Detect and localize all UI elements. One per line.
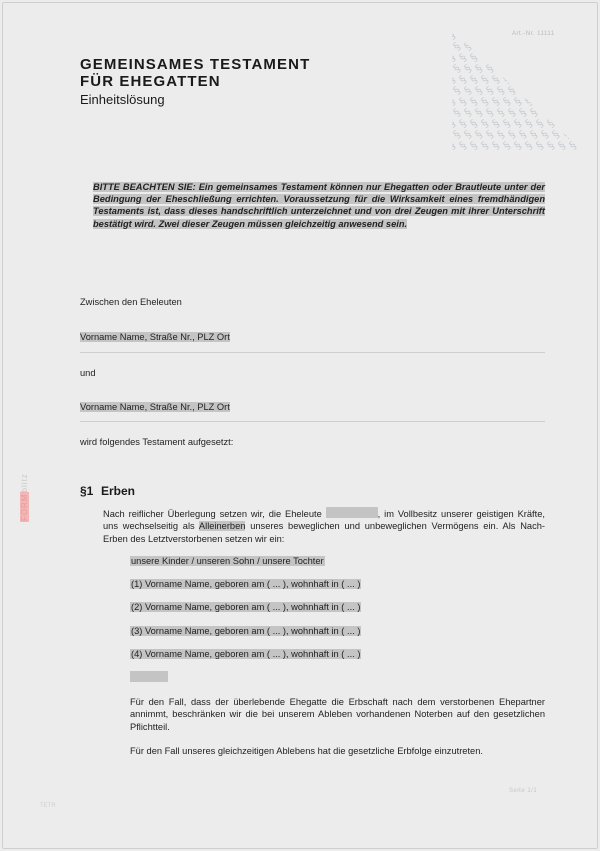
svg-text:§: § [495, 40, 508, 53]
svg-text:§: § [473, 62, 486, 75]
svg-text:§: § [512, 139, 525, 150]
svg-text:§: § [452, 84, 463, 97]
svg-text:§: § [484, 106, 497, 119]
svg-text:§: § [572, 40, 582, 53]
svg-text:§: § [561, 84, 574, 97]
section-paragraph: Nach reiflicher Überlegung setzen wir, d… [103, 507, 545, 545]
svg-text:§: § [495, 106, 508, 119]
svg-text:§: § [567, 73, 580, 86]
svg-text:§: § [479, 51, 492, 64]
section-title: Erben [101, 484, 135, 498]
heir-2-field[interactable]: (2) Vorname Name, geboren am ( ... ), wo… [130, 602, 361, 612]
heir-4-field[interactable]: (4) Vorname Name, geboren am ( ... ), wo… [130, 649, 361, 659]
svg-text:§: § [484, 128, 497, 141]
svg-text:§: § [534, 73, 547, 86]
svg-text:§: § [512, 73, 525, 86]
clause-1: Für den Fall, dass der überlebende Ehega… [130, 696, 545, 733]
svg-text:§: § [506, 62, 519, 75]
svg-text:§: § [539, 62, 552, 75]
svg-text:§: § [550, 84, 563, 97]
svg-text:§: § [523, 30, 536, 42]
svg-text:§: § [556, 73, 569, 86]
svg-text:§: § [490, 95, 503, 108]
footer-left: TETR [40, 803, 56, 809]
svg-text:§: § [462, 106, 475, 119]
svg-text:§: § [567, 117, 580, 130]
heir-1-field[interactable]: (1) Vorname Name, geboren am ( ... ), wo… [130, 579, 361, 589]
svg-text:§: § [452, 106, 463, 119]
svg-text:§: § [490, 73, 503, 86]
svg-text:§: § [457, 139, 470, 150]
svg-text:§: § [468, 139, 481, 150]
svg-text:§: § [479, 73, 492, 86]
page-number: Seite 1/1 [509, 788, 537, 794]
svg-text:§: § [490, 139, 503, 150]
svg-text:§: § [567, 95, 580, 108]
svg-text:§: § [495, 62, 508, 75]
section-heading: §1Erben [80, 484, 135, 498]
spouse-1-field[interactable]: Vorname Name, Straße Nr., PLZ Ort [80, 332, 230, 342]
svg-text:§: § [561, 62, 574, 75]
divider [80, 352, 545, 353]
svg-text:§: § [534, 51, 547, 64]
svg-text:§: § [501, 51, 514, 64]
svg-text:§: § [523, 139, 536, 150]
svg-text:§: § [473, 106, 486, 119]
document-title: GEMEINSAMES TESTAMENT FÜR EHEGATTEN [80, 56, 310, 90]
parties-intro: Zwischen den Eheleuten [80, 297, 182, 307]
svg-text:§: § [572, 106, 582, 119]
svg-text:§: § [473, 128, 486, 141]
spouses-name-field[interactable] [326, 507, 378, 518]
svg-text:§: § [517, 40, 530, 53]
svg-text:§: § [545, 117, 558, 130]
svg-text:§: § [495, 84, 508, 97]
svg-text:§: § [506, 84, 519, 97]
svg-text:§: § [567, 51, 580, 64]
svg-text:§: § [457, 73, 470, 86]
svg-text:§: § [452, 62, 463, 75]
svg-text:§: § [462, 84, 475, 97]
title-line-1: GEMEINSAMES TESTAMENT [80, 56, 310, 73]
section-number: §1 [80, 484, 101, 498]
svg-text:§: § [501, 139, 514, 150]
heirs-label-field[interactable]: unsere Kinder / unseren Sohn / unsere To… [130, 556, 325, 566]
svg-text:§: § [545, 139, 558, 150]
svg-text:§: § [545, 73, 558, 86]
svg-text:§: § [490, 30, 503, 42]
svg-text:§: § [517, 62, 530, 75]
svg-text:§: § [495, 128, 508, 141]
svg-text:§: § [534, 30, 547, 42]
parties-outro: wird folgendes Testament aufgesetzt: [80, 437, 233, 447]
svg-text:§: § [534, 139, 547, 150]
svg-text:§: § [468, 51, 481, 64]
svg-text:§: § [561, 40, 574, 53]
document-subtitle: Einheitslösung [80, 92, 165, 107]
paragraph-watermark-icon: §§§§§§§§§§§§§§§§§§§§§§§§§§§§§§§§§§§§§§§§… [452, 30, 582, 150]
clauses: Für den Fall, dass der überlebende Ehega… [130, 696, 545, 757]
svg-text:§: § [506, 106, 519, 119]
svg-text:§: § [556, 139, 569, 150]
svg-text:§: § [572, 128, 582, 141]
svg-text:§: § [512, 30, 525, 42]
brand-sidebar: FORMblitz [20, 473, 29, 522]
svg-text:§: § [523, 51, 536, 64]
notice-text: BITTE BEACHTEN SIE: Ein gemeinsames Test… [93, 182, 545, 229]
svg-text:§: § [479, 30, 492, 42]
svg-text:§: § [490, 51, 503, 64]
svg-text:§: § [567, 139, 580, 150]
svg-text:§: § [457, 51, 470, 64]
svg-text:§: § [550, 62, 563, 75]
svg-text:§: § [479, 95, 492, 108]
svg-text:§: § [452, 128, 463, 141]
svg-text:§: § [528, 128, 541, 141]
svg-text:§: § [468, 117, 481, 130]
svg-text:§: § [572, 62, 582, 75]
notice-box: BITTE BEACHTEN SIE: Ein gemeinsames Test… [93, 181, 545, 230]
svg-text:§: § [539, 128, 552, 141]
svg-text:§: § [462, 40, 475, 53]
svg-text:§: § [550, 128, 563, 141]
svg-text:§: § [468, 95, 481, 108]
svg-text:§: § [556, 117, 569, 130]
divider [80, 421, 545, 422]
svg-text:§: § [473, 40, 486, 53]
svg-text:§: § [506, 40, 519, 53]
parties-conjunction: und [80, 368, 96, 378]
svg-text:§: § [556, 30, 569, 42]
svg-text:§: § [517, 106, 530, 119]
svg-text:§: § [501, 30, 514, 42]
brand-blitz: blitz [20, 473, 29, 492]
svg-text:§: § [457, 95, 470, 108]
svg-text:§: § [550, 40, 563, 53]
title-line-2: FÜR EHEGATTEN [80, 73, 310, 90]
svg-text:§: § [484, 84, 497, 97]
svg-text:§: § [539, 84, 552, 97]
alleinerben-highlight: Alleinerben [199, 521, 246, 531]
svg-text:§: § [512, 51, 525, 64]
svg-text:§: § [479, 139, 492, 150]
svg-text:§: § [479, 117, 492, 130]
svg-text:§: § [468, 30, 481, 42]
svg-text:§: § [528, 62, 541, 75]
brand-form: FORM [20, 492, 29, 522]
clause-2: Für den Fall unseres gleichzeitigen Able… [130, 745, 545, 757]
svg-text:§: § [501, 117, 514, 130]
svg-text:§: § [523, 95, 536, 108]
svg-text:§: § [501, 95, 514, 108]
svg-text:§: § [457, 30, 470, 42]
para-text: Nach reiflicher Überlegung setzen wir, d… [103, 509, 322, 519]
svg-text:§: § [561, 106, 574, 119]
svg-text:§: § [523, 73, 536, 86]
svg-text:§: § [545, 51, 558, 64]
svg-text:§: § [490, 117, 503, 130]
svg-text:§: § [556, 51, 569, 64]
svg-text:§: § [512, 95, 525, 108]
svg-text:§: § [484, 62, 497, 75]
svg-text:§: § [517, 128, 530, 141]
blank-field[interactable] [130, 671, 168, 682]
svg-text:§: § [517, 84, 530, 97]
svg-text:§: § [501, 73, 514, 86]
svg-text:§: § [572, 84, 582, 97]
svg-text:§: § [484, 40, 497, 53]
svg-text:§: § [545, 30, 558, 42]
svg-text:§: § [523, 117, 536, 130]
svg-text:§: § [561, 128, 574, 141]
svg-text:§: § [550, 106, 563, 119]
svg-text:§: § [567, 30, 580, 42]
svg-text:§: § [534, 95, 547, 108]
svg-text:§: § [556, 95, 569, 108]
svg-text:§: § [539, 106, 552, 119]
svg-text:§: § [545, 95, 558, 108]
svg-text:§: § [462, 62, 475, 75]
svg-text:§: § [457, 117, 470, 130]
svg-text:§: § [539, 40, 552, 53]
svg-text:§: § [534, 117, 547, 130]
svg-text:§: § [468, 73, 481, 86]
svg-text:§: § [528, 40, 541, 53]
svg-text:§: § [473, 84, 486, 97]
svg-text:§: § [506, 128, 519, 141]
heir-3-field[interactable]: (3) Vorname Name, geboren am ( ... ), wo… [130, 626, 361, 636]
spouse-2-field[interactable]: Vorname Name, Straße Nr., PLZ Ort [80, 402, 230, 412]
svg-text:§: § [528, 84, 541, 97]
svg-text:§: § [462, 128, 475, 141]
svg-text:§: § [528, 106, 541, 119]
svg-text:§: § [452, 40, 463, 53]
svg-text:§: § [512, 117, 525, 130]
